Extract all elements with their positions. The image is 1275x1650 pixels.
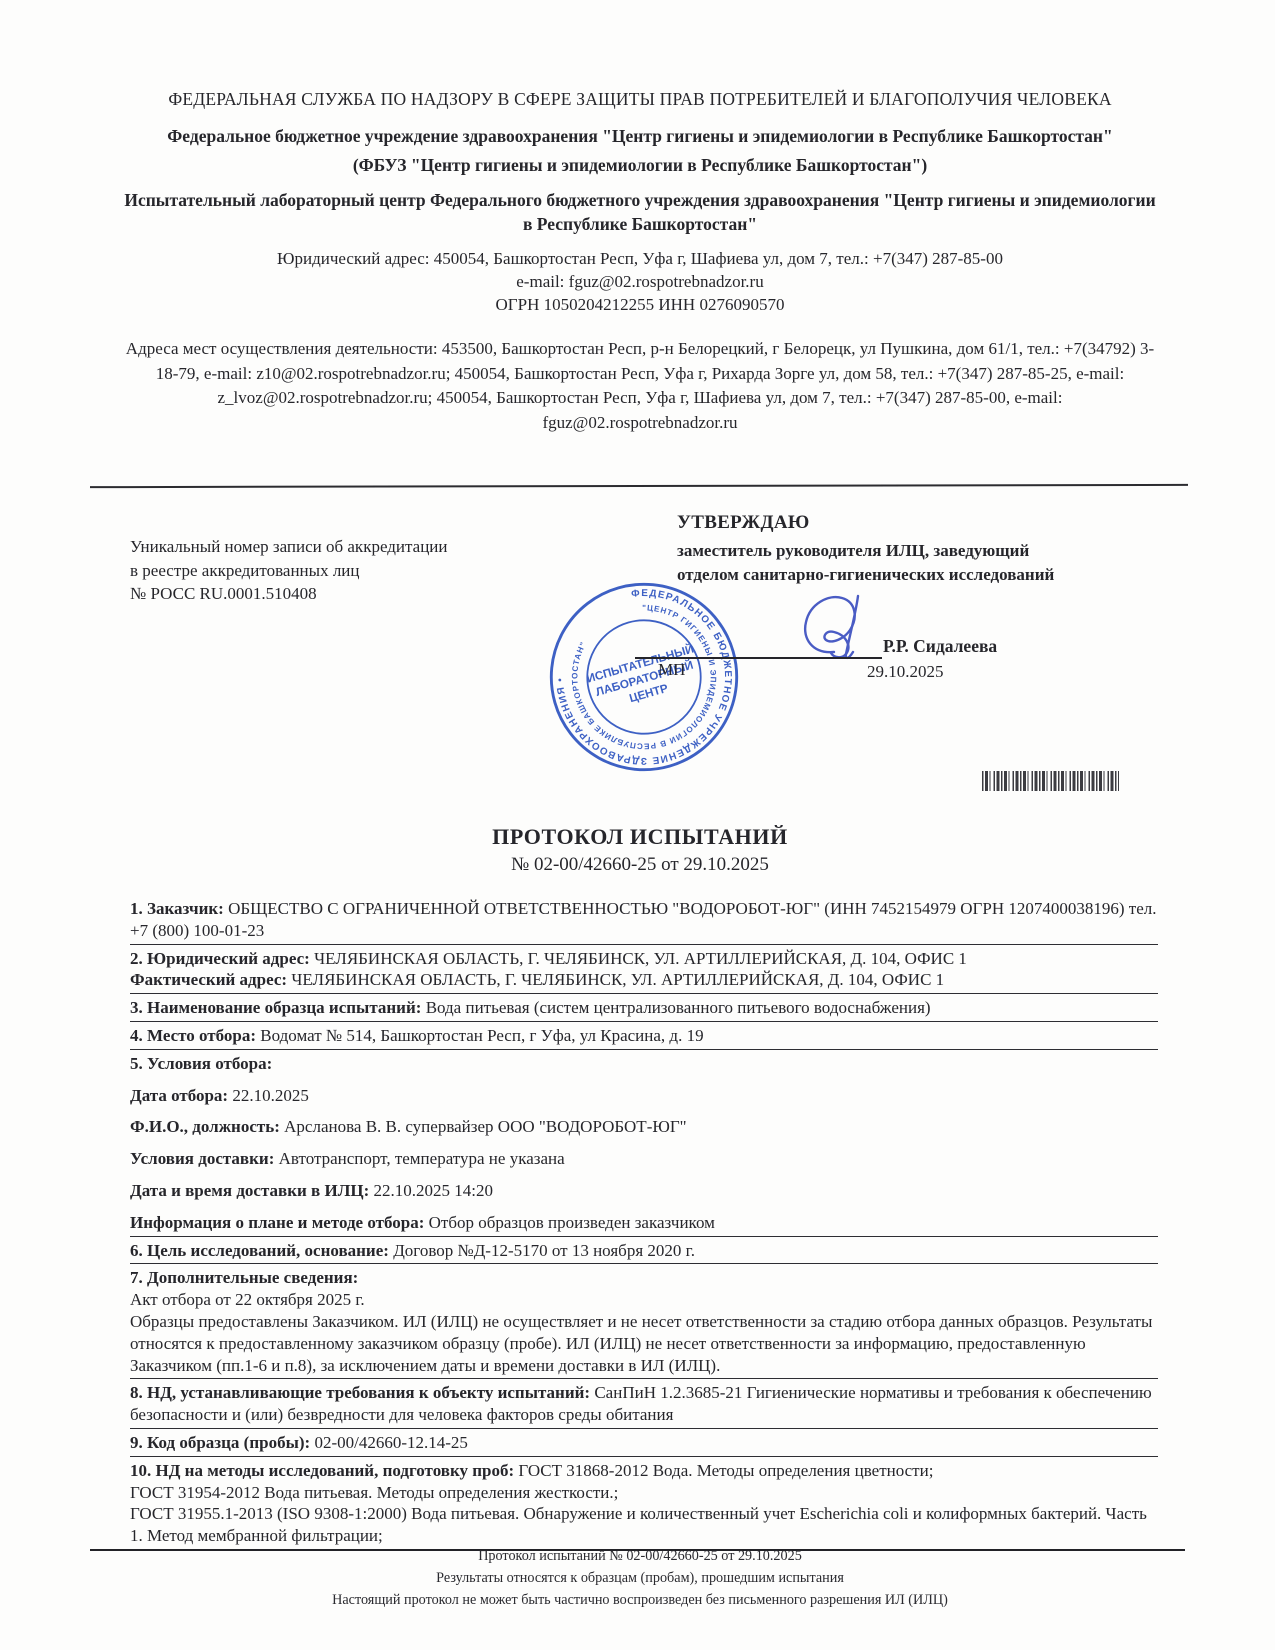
- document-page: ФЕДЕРАЛЬНАЯ СЛУЖБА ПО НАДЗОРУ В СФЕРЕ ЗА…: [0, 0, 1275, 1650]
- sampling-plan-row: Информация о плане и методе отбора: Отбо…: [130, 1211, 1158, 1237]
- protocol-title-block: ПРОТОКОЛ ИСПЫТАНИЙ № 02-00/42660-25 от 2…: [118, 824, 1162, 876]
- signature-line: [635, 657, 882, 659]
- organization-short-name: (ФБУЗ "Центр гигиены и эпидемиологии в Р…: [118, 154, 1162, 177]
- section-customer-value: ОБЩЕСТВО С ОГРАНИЧЕННОЙ ОТВЕТСТВЕННОСТЬЮ…: [130, 899, 1157, 940]
- approver-position-line-2: отделом санитарно-гигиенических исследов…: [677, 563, 1147, 587]
- agency-name: ФЕДЕРАЛЬНАЯ СЛУЖБА ПО НАДЗОРУ В СФЕРЕ ЗА…: [118, 88, 1162, 111]
- section-customer-label: 1. Заказчик:: [130, 899, 224, 918]
- ogrn-inn-line: ОГРН 1050204212255 ИНН 0276090570: [118, 293, 1162, 316]
- protocol-body: 1. Заказчик: ОБЩЕСТВО С ОГРАНИЧЕННОЙ ОТВ…: [130, 897, 1158, 1551]
- footer-reproduction-note: Настоящий протокол не может быть частичн…: [118, 1590, 1162, 1612]
- approval-date: 29.10.2025: [867, 662, 944, 682]
- lab-center-name: Испытательный лабораторный центр Федерал…: [118, 188, 1162, 236]
- approval-title: УТВЕРЖДАЮ: [677, 512, 1147, 534]
- sampler-name-row: Ф.И.О., должность: Арсланова В. В. супер…: [130, 1115, 1158, 1140]
- section-additional-info: 7. Дополнительные сведения: Акт отбора о…: [130, 1266, 1158, 1379]
- legal-address-row: 2. Юридический адрес: ЧЕЛЯБИНСКАЯ ОБЛАСТ…: [130, 948, 1158, 970]
- delivery-datetime-row: Дата и время доставки в ИЛЦ: 22.10.2025 …: [130, 1179, 1158, 1204]
- protocol-number: № 02-00/42660-25 от 29.10.2025: [118, 854, 1162, 876]
- accreditation-line-2: в реестре аккредитованных лиц: [130, 559, 448, 583]
- section-purpose: 6. Цель исследований, основание: Договор…: [130, 1239, 1158, 1265]
- delivery-conditions-row: Условия доставки: Автотранспорт, темпера…: [130, 1147, 1158, 1172]
- approval-header: УТВЕРЖДАЮ заместитель руководителя ИЛЦ, …: [677, 512, 1147, 587]
- approval-block: Уникальный номер записи об аккредитации …: [130, 485, 1160, 805]
- barcode: [982, 771, 1119, 791]
- section-addresses: 2. Юридический адрес: ЧЕЛЯБИНСКАЯ ОБЛАСТ…: [130, 947, 1158, 995]
- organization-name: Федеральное бюджетное учреждение здравоо…: [118, 124, 1162, 148]
- stamp-center-text: ИСПЫТАТЕЛЬНЫЙ ЛАБОРАТОРНЫЙ ЦЕНТР: [585, 643, 703, 715]
- section-customer: 1. Заказчик: ОБЩЕСТВО С ОГРАНИЧЕННОЙ ОТВ…: [130, 897, 1158, 945]
- section-requirements-nd: 8. НД, устанавливающие требования к объе…: [130, 1381, 1158, 1429]
- section-methods-nd: 10. НД на методы исследований, подготовк…: [90, 1459, 1185, 1551]
- section-sampling-conditions: 5. Условия отбора:: [130, 1052, 1158, 1077]
- accreditation-number: № РОСС RU.0001.510408: [130, 582, 448, 606]
- legal-address: Юридический адрес: 450054, Башкортостан …: [118, 247, 1162, 270]
- page-footer: Протокол испытаний № 02-00/42660-25 от 2…: [118, 1546, 1162, 1611]
- signer-name: Р.Р. Сидалеева: [883, 636, 997, 657]
- accreditation-note: Уникальный номер записи об аккредитации …: [130, 535, 448, 606]
- round-stamp-seal: ФЕДЕРАЛЬНОЕ БЮДЖЕТНОЕ УЧРЕЖДЕНИЕ ЗДРАВОО…: [522, 555, 767, 800]
- sampling-act-line: Акт отбора от 22 октября 2025 г.: [130, 1289, 1158, 1311]
- footer-results-note: Результаты относятся к образцам (пробам)…: [118, 1568, 1162, 1590]
- letterhead: ФЕДЕРАЛЬНАЯ СЛУЖБА ПО НАДЗОРУ В СФЕРЕ ЗА…: [118, 88, 1162, 435]
- approver-position-line-1: заместитель руководителя ИЛЦ, заведующий: [677, 539, 1147, 563]
- mp-label: МП: [658, 660, 685, 680]
- footer-protocol-number: Протокол испытаний № 02-00/42660-25 от 2…: [118, 1546, 1162, 1568]
- sampling-date-row: Дата отбора: 22.10.2025: [130, 1084, 1158, 1109]
- gost-line-2: ГОСТ 31954-2012 Вода питьевая. Методы оп…: [130, 1482, 1158, 1504]
- actual-address-row: Фактический адрес: ЧЕЛЯБИНСКАЯ ОБЛАСТЬ, …: [130, 969, 1158, 991]
- gost-line-3: ГОСТ 31955.1-2013 (ISO 9308-1:2000) Вода…: [130, 1503, 1158, 1547]
- protocol-title: ПРОТОКОЛ ИСПЫТАНИЙ: [118, 824, 1162, 850]
- section-sample-name: 3. Наименование образца испытаний: Вода …: [130, 996, 1158, 1022]
- section-sampling-place: 4. Место отбора: Водомат № 514, Башкорто…: [130, 1024, 1158, 1050]
- section-sample-code: 9. Код образца (пробы): 02-00/42660-12.1…: [130, 1431, 1158, 1457]
- disclaimer-paragraph: Образцы предоставлены Заказчиком. ИЛ (ИЛ…: [130, 1311, 1158, 1376]
- activity-addresses: Адреса мест осуществления деятельности: …: [118, 337, 1162, 435]
- email-line: e-mail: fguz@02.rospotrebnadzor.ru: [118, 270, 1162, 293]
- accreditation-line-1: Уникальный номер записи об аккредитации: [130, 535, 448, 559]
